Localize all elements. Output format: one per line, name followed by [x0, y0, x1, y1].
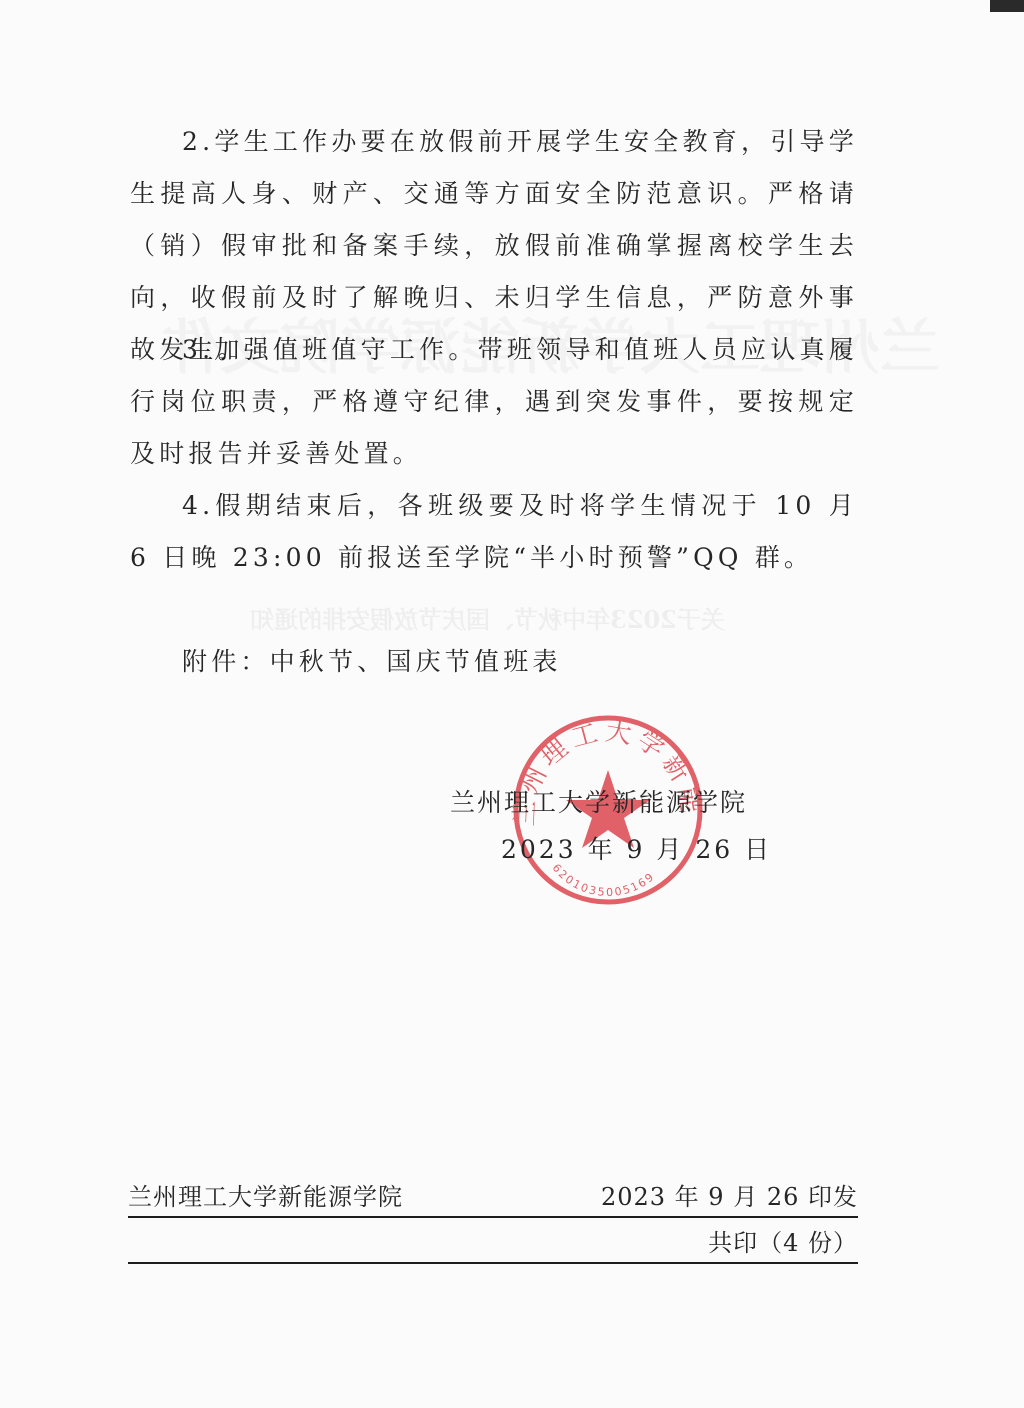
scan-edge-mark [990, 0, 1024, 12]
paragraph-item-4: 4.假期结束后，各班级要及时将学生情况于 10 月 6 日晚 23:00 前报送… [130, 480, 858, 584]
signature-date: 2023 年 9 月 26 日 [501, 830, 772, 870]
show-through-text: 关于2023年中秋节、国庆节放假安排的通知 [250, 600, 725, 635]
paragraph-text: 4.假期结束后，各班级要及时将学生情况于 10 月 6 日晚 23:00 前报送… [130, 491, 858, 572]
paragraph-text: 3.加强值班值守工作。带班领导和值班人员应认真履行岗位职责，严格遵守纪律，遇到突… [130, 335, 858, 468]
footer-issuer: 兰州理工大学新能源学院 [128, 1177, 403, 1216]
signature-organization: 兰州理工大学新能源学院 [450, 783, 747, 823]
footer-issue-line: 兰州理工大学新能源学院 2023 年 9 月 26 印发 [128, 1180, 858, 1218]
footer-issue-date: 2023 年 9 月 26 印发 [601, 1177, 858, 1216]
attachment-text: 附件：中秋节、国庆节值班表 [182, 647, 562, 676]
paragraph-item-3: 3.加强值班值守工作。带班领导和值班人员应认真履行岗位职责，严格遵守纪律，遇到突… [130, 324, 858, 480]
footer-copies-line: 共印（4 份） [128, 1226, 858, 1264]
footer-copies: 共印（4 份） [708, 1223, 858, 1262]
attachment-note: 附件：中秋节、国庆节值班表 [130, 636, 858, 688]
